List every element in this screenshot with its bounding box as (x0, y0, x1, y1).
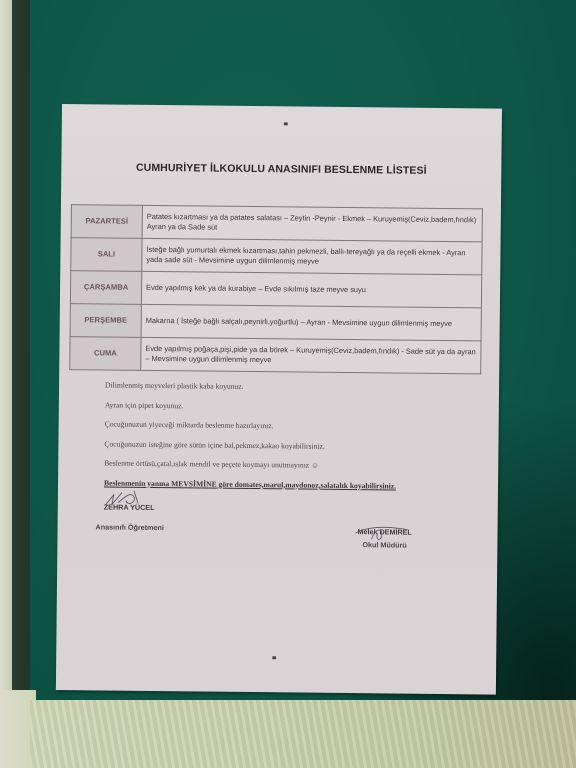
meal-cell: Makarna ( İsteğe bağlı salçalı,peynirli,… (141, 304, 481, 341)
signature-scribble-icon (353, 521, 409, 544)
principal-signature-block: Melek DEMİREL Okul Müdürü (357, 527, 412, 550)
day-cell: ÇARŞAMBA (70, 271, 141, 305)
day-cell: PAZARTESİ (71, 205, 142, 239)
menu-table: PAZARTESİPatates kızartması ya da patate… (69, 204, 483, 374)
menu-row: CUMAEvde yapılmış poğaça,pişi,pide ya da… (70, 337, 481, 374)
day-cell: CUMA (70, 337, 141, 371)
menu-row: PAZARTESİPatates kızartması ya da patate… (71, 205, 482, 242)
menu-row: PERŞEMBE Makarna ( İsteğe bağlı salçalı,… (70, 304, 481, 341)
plaster-wall (30, 700, 576, 768)
meal-cell: İsteğe bağlı yumurtalı ekmek kızartması,… (142, 238, 482, 275)
teacher-signature-block: ZEHRA YÜCEL Anasınıfı Öğretmeni (96, 502, 165, 532)
teacher-role: Anasınıfı Öğretmeni (96, 522, 164, 532)
wall-left-strip (0, 0, 12, 768)
notes-section: Dilimlenmiş meyveleri plastik kaba koyun… (104, 380, 475, 500)
day-cell: PERŞEMBE (70, 304, 141, 338)
note-item: Beslenme örtüsü,çatal,ıslak mendil ve pe… (104, 458, 474, 472)
note-item: Ayran için pipet koyunuz. (105, 400, 475, 414)
signature-scribble-icon (104, 488, 144, 510)
note-item: Çocuğunuzun isteğine göre sütün içine ba… (104, 439, 474, 453)
pin-icon (284, 122, 288, 125)
day-cell: SALI (71, 238, 142, 272)
meal-cell: Evde yapılmış poğaça,pişi,pide ya da bör… (141, 337, 481, 374)
nutrition-list-paper: CUMHURİYET İLKOKULU ANASINIFI BESLENME L… (56, 104, 502, 695)
meal-cell: Evde yapılmış kek ya da kurabiye – Evde … (141, 271, 481, 308)
menu-row: SALIİsteğe bağlı yumurtalı ekmek kızartm… (71, 238, 482, 275)
pin-icon (272, 656, 276, 659)
emphasis-note: Beslenmenin yanına MEVSİMİNE göre domate… (104, 478, 474, 491)
note-item: Çocuğunuzun yiyeceği miktarda beslenme h… (105, 419, 475, 433)
document-title: CUMHURİYET İLKOKULU ANASINIFI BESLENME L… (61, 161, 501, 178)
meal-cell: Patates kızartması ya da patates salatas… (142, 205, 482, 242)
menu-row: ÇARŞAMBAEvde yapılmış kek ya da kurabiye… (70, 271, 481, 308)
note-item: Dilimlenmiş meyveleri plastik kaba koyun… (105, 380, 475, 394)
